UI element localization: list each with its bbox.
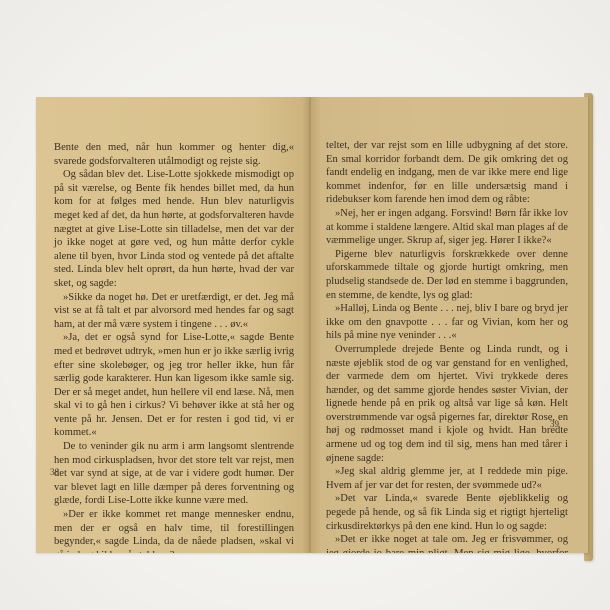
paragraph: »Ja, det er også synd for Lise-Lotte,« s… <box>54 331 294 440</box>
paragraph: De to veninder gik nu arm i arm langsomt… <box>54 440 294 508</box>
paragraph: »Nej, her er ingen adgang. Forsvind! Bør… <box>326 207 568 248</box>
paragraph: Bente den med, når hun kommer og henter … <box>54 141 294 168</box>
paragraph: Og sådan blev det. Lise-Lotte sjokkede m… <box>54 168 294 290</box>
paragraph: »Der er ikke kommet ret mange mennesker … <box>54 508 294 553</box>
left-page: Bente den med, når hun kommer og henter … <box>36 97 310 553</box>
paragraph: »Jeg skal aldrig glemme jer, at I redded… <box>326 465 568 492</box>
book-gutter <box>309 97 311 553</box>
left-page-text: Bente den med, når hun kommer og henter … <box>54 141 294 553</box>
right-page: teltet, der var rejst som en lille udbyg… <box>310 97 588 553</box>
open-book: Bente den med, når hun kommer og henter … <box>36 97 592 557</box>
page-number-right: 39 <box>550 419 559 429</box>
paragraph: Overrumplede drejede Bente og Linda rund… <box>326 343 568 465</box>
paragraph: »Halløj, Linda og Bente . . . nej, bliv … <box>326 302 568 343</box>
paragraph: Pigerne blev naturligvis forskrækkede ov… <box>326 248 568 302</box>
paragraph: »Det var Linda,« svarede Bente øjeblikke… <box>326 492 568 533</box>
paragraph: »Det er ikke noget at tale om. Jeg er fr… <box>326 533 568 553</box>
right-page-text: teltet, der var rejst som en lille udbyg… <box>326 139 568 553</box>
page-number-left: 38 <box>50 467 59 477</box>
paragraph: »Sikke da noget hø. Det er uretfærdigt, … <box>54 291 294 332</box>
paragraph: teltet, der var rejst som en lille udbyg… <box>326 139 568 207</box>
